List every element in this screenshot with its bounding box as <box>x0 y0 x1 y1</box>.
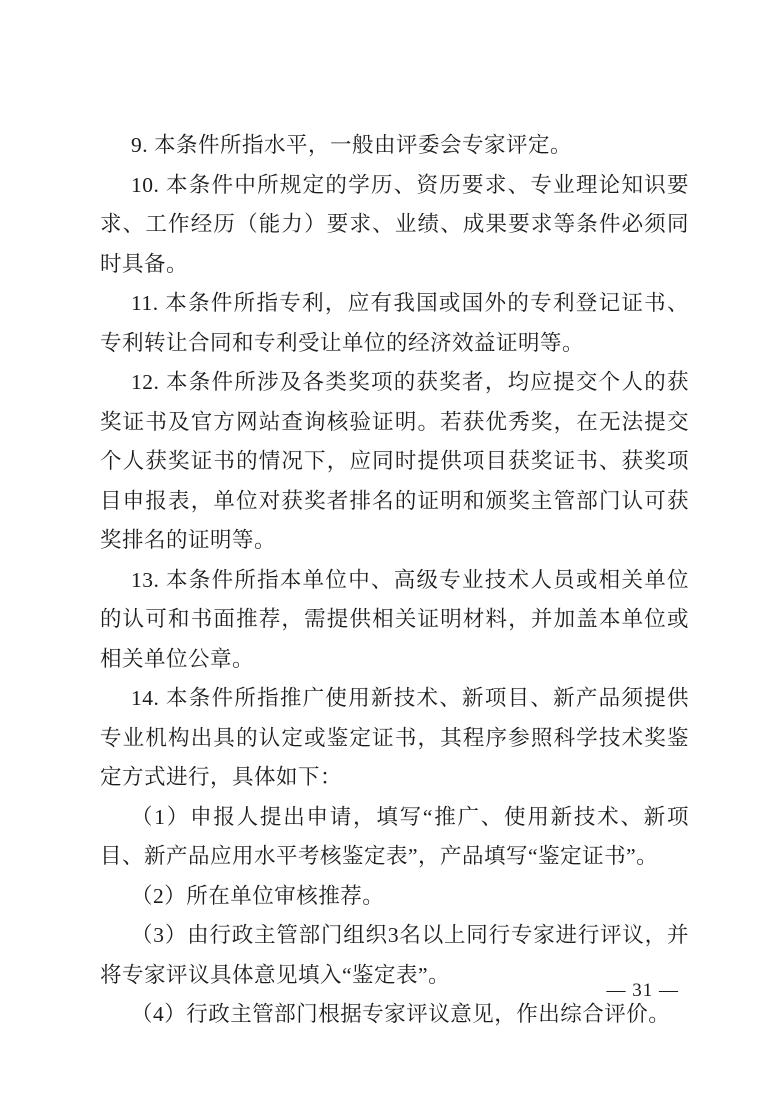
document-page: 9. 本条件所指水平，一般由评委会专家评定。 10. 本条件中所规定的学历、资历… <box>0 0 777 1099</box>
paragraph-item-10: 10. 本条件中所规定的学历、资历要求、专业理论知识要求、工作经历（能力）要求、… <box>100 166 689 285</box>
paragraph-item-13: 13. 本条件所指本单位中、高级专业技术人员或相关单位的认可和书面推荐，需提供相… <box>100 561 689 680</box>
paragraph-item-11: 11. 本条件所指专利，应有我国或国外的专利登记证书、专利转让合同和专利受让单位… <box>100 284 689 363</box>
paragraph-subitem-3: （3）由行政主管部门组织3名以上同行专家进行评议，并将专家评议具体意见填入“鉴定… <box>100 916 689 995</box>
paragraph-item-14: 14. 本条件所指推广使用新技术、新项目、新产品须提供专业机构出具的认定或鉴定证… <box>100 679 689 798</box>
paragraph-subitem-4: （4）行政主管部门根据专家评议意见，作出综合评价。 <box>100 995 689 1035</box>
paragraph-item-9: 9. 本条件所指水平，一般由评委会专家评定。 <box>100 126 689 166</box>
paragraph-item-12: 12. 本条件所涉及各类奖项的获奖者，均应提交个人的获奖证书及官方网站查询核验证… <box>100 363 689 561</box>
paragraph-subitem-1: （1）申报人提出申请，填写“推广、使用新技术、新项目、新产品应用水平考核鉴定表”… <box>100 798 689 877</box>
paragraph-subitem-2: （2）所在单位审核推荐。 <box>100 877 689 917</box>
page-number: — 31 — <box>607 980 680 1002</box>
document-body: 9. 本条件所指水平，一般由评委会专家评定。 10. 本条件中所规定的学历、资历… <box>100 126 689 1035</box>
